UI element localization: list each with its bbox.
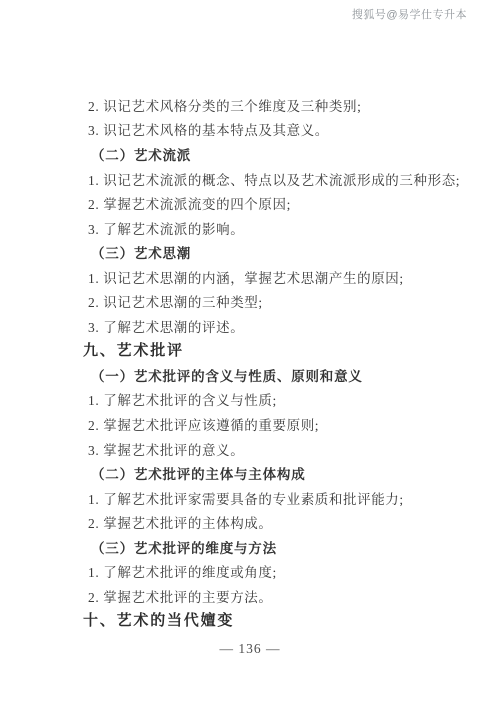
line-text: （三）艺术批评的维度与方法: [91, 537, 277, 557]
document-line-chapter: 十、艺术的当代嬗变: [0, 607, 500, 632]
line-text: 2. 识记艺术思潮的三种类型;: [88, 291, 263, 311]
line-text: 2. 识记艺术风格分类的三个维度及三种类别;: [88, 95, 361, 115]
line-text: 2. 掌握艺术批评应该遵循的重要原则;: [88, 414, 319, 434]
line-text: 2. 掌握艺术流派流变的四个原因;: [88, 193, 291, 213]
line-text: 3. 了解艺术流派的影响。: [88, 218, 244, 238]
document-line-sub: （二）艺术流派: [0, 141, 500, 166]
document-line-item: 2. 识记艺术思潮的三种类型;: [0, 288, 500, 313]
document-line-sub: （三）艺术批评的维度与方法: [0, 534, 500, 559]
document-line-sub: （三）艺术思潮: [0, 239, 500, 264]
line-text: （二）艺术流派: [91, 144, 191, 164]
document-line-item: 2. 识记艺术风格分类的三个维度及三种类别;: [0, 92, 500, 117]
page-number: — 136 —: [0, 640, 500, 658]
line-text: 1. 识记艺术思潮的内涵，掌握艺术思潮产生的原因;: [88, 267, 404, 287]
document-page: 搜狐号@易学仕专升本 2. 识记艺术风格分类的三个维度及三种类别; 3. 识记艺…: [0, 0, 500, 707]
document-line-item: 3. 掌握艺术批评的意义。: [0, 436, 500, 461]
line-text: 十、艺术的当代嬗变: [83, 609, 234, 630]
line-text: （一）艺术批评的含义与性质、原则和意义: [91, 365, 363, 385]
document-line-item: 2. 掌握艺术流派流变的四个原因;: [0, 190, 500, 215]
document-line-item: 3. 识记艺术风格的基本特点及其意义。: [0, 117, 500, 142]
document-line-item: 3. 了解艺术流派的影响。: [0, 215, 500, 240]
document-line-item: 2. 掌握艺术批评的主体构成。: [0, 509, 500, 534]
line-text: （二）艺术批评的主体与主体构成: [91, 463, 306, 483]
document-line-item: 1. 了解艺术批评的维度或角度;: [0, 558, 500, 583]
watermark-text: 搜狐号@易学仕专升本: [352, 6, 467, 22]
line-text: 2. 掌握艺术批评的主体构成。: [88, 512, 273, 532]
line-text: 3. 了解艺术思潮的评述。: [88, 316, 244, 336]
document-line-item: 1. 识记艺术思潮的内涵，掌握艺术思潮产生的原因;: [0, 264, 500, 289]
line-text: 1. 识记艺术流派的概念、特点以及艺术流派形成的三种形态;: [88, 169, 460, 189]
document-line-item: 2. 掌握艺术批评的主要方法。: [0, 583, 500, 608]
document-line-chapter: 九、艺术批评: [0, 337, 500, 362]
document-line-item: 3. 了解艺术思潮的评述。: [0, 313, 500, 338]
line-text: 2. 掌握艺术批评的主要方法。: [88, 586, 273, 606]
document-line-item: 1. 了解艺术批评的含义与性质;: [0, 387, 500, 412]
document-line-sub: （二）艺术批评的主体与主体构成: [0, 460, 500, 485]
document-line-item: 1. 识记艺术流派的概念、特点以及艺术流派形成的三种形态;: [0, 166, 500, 191]
line-text: 3. 掌握艺术批评的意义。: [88, 439, 244, 459]
line-text: 3. 识记艺术风格的基本特点及其意义。: [88, 119, 329, 139]
document-line-item: 2. 掌握艺术批评应该遵循的重要原则;: [0, 411, 500, 436]
line-text: 1. 了解艺术批评的维度或角度;: [88, 561, 277, 581]
line-text: （三）艺术思潮: [91, 242, 191, 262]
document-content: 2. 识记艺术风格分类的三个维度及三种类别; 3. 识记艺术风格的基本特点及其意…: [0, 92, 500, 632]
document-line-sub: （一）艺术批评的含义与性质、原则和意义: [0, 362, 500, 387]
line-text: 1. 了解艺术批评家需要具备的专业素质和批评能力;: [88, 488, 404, 508]
line-text: 1. 了解艺术批评的含义与性质;: [88, 389, 277, 409]
line-text: 九、艺术批评: [83, 339, 184, 360]
document-line-item: 1. 了解艺术批评家需要具备的专业素质和批评能力;: [0, 485, 500, 510]
